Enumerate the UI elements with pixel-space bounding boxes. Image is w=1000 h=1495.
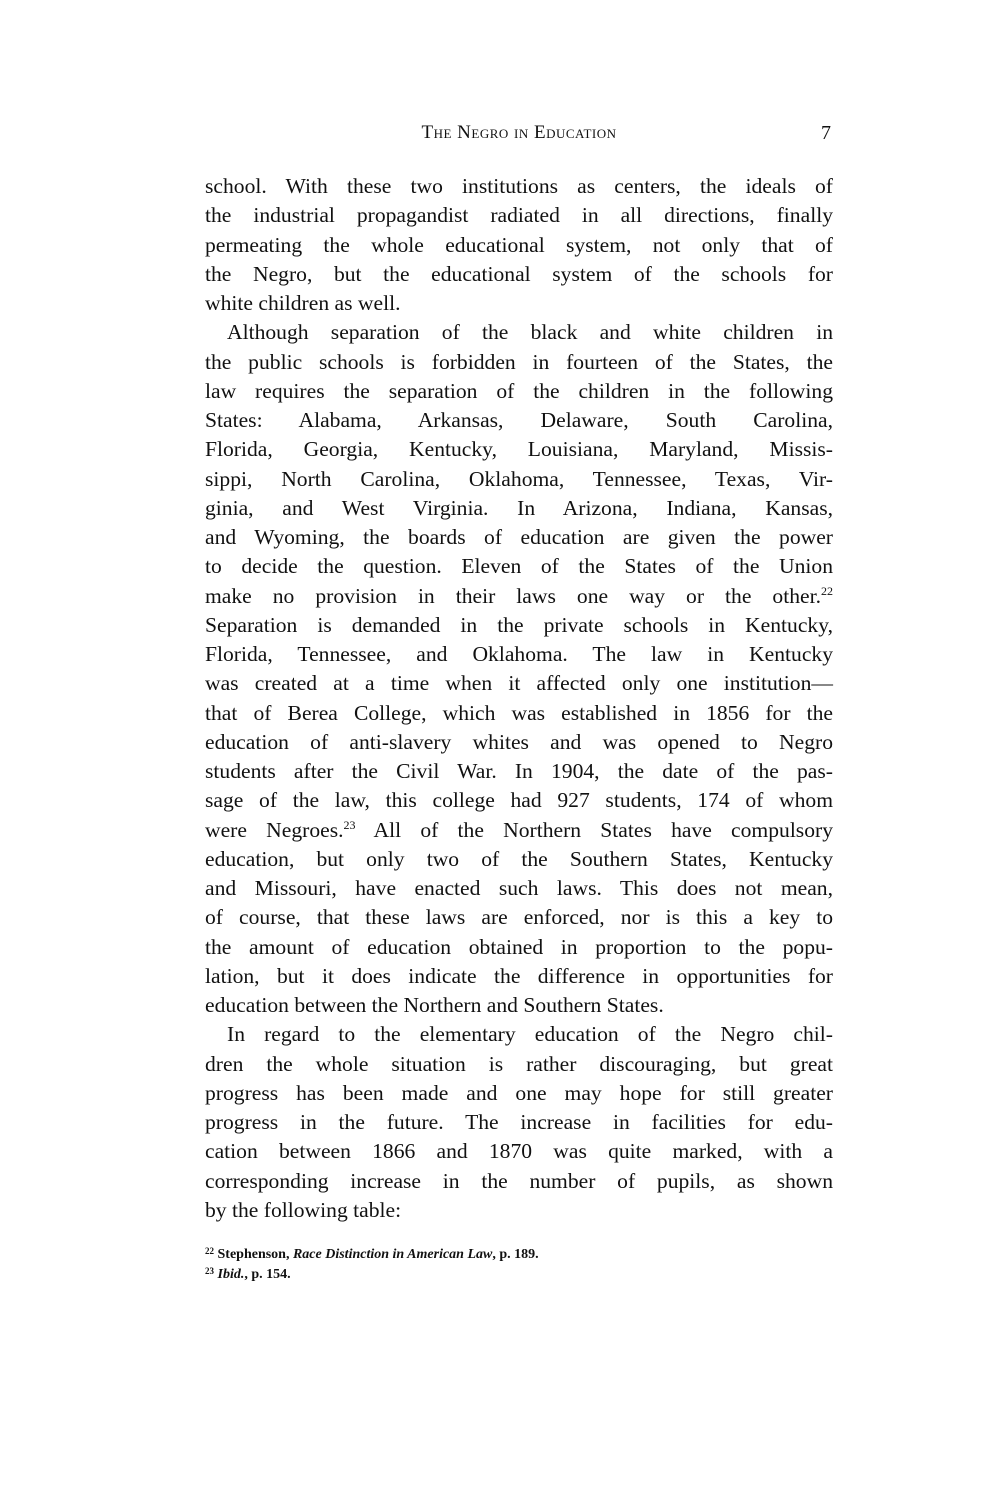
text-line: education between the Northern and South… [205, 991, 833, 1020]
text-line: Florida, Tennessee, and Oklahoma. The la… [205, 640, 833, 669]
text-line: Although separation of the black and whi… [205, 318, 833, 347]
footnote-number: 23 [205, 1266, 214, 1276]
text-line: students after the Civil War. In 1904, t… [205, 757, 833, 786]
text-fragment: were Negroes. [205, 818, 344, 842]
text-line: Florida, Georgia, Kentucky, Louisiana, M… [205, 435, 833, 464]
footnote-author: Stephenson, [218, 1247, 293, 1262]
text-line: progress in the future. The increase in … [205, 1108, 833, 1137]
text-line: school. With these two institutions as c… [205, 172, 833, 201]
text-line: was created at a time when it affected o… [205, 669, 833, 698]
text-line: States: Alabama, Arkansas, Delaware, Sou… [205, 406, 833, 435]
text-line: ginia, and West Virginia. In Arizona, In… [205, 494, 833, 523]
paragraph-1: school. With these two institutions as c… [205, 172, 833, 318]
footnote-ref-23[interactable]: 23 [344, 818, 356, 832]
book-page: The Negro in Education 7 school. With th… [205, 122, 833, 1285]
text-line: Separation is demanded in the private sc… [205, 611, 833, 640]
footnote-22: 22 Stephenson, Race Distinction in Ameri… [205, 1245, 833, 1265]
text-line: and Wyoming, the boards of education are… [205, 523, 833, 552]
body-text: school. With these two institutions as c… [205, 172, 833, 1225]
footnote-title: Race Distinction in American Law [293, 1247, 492, 1262]
text-line: of course, that these laws are enforced,… [205, 903, 833, 932]
text-line: education of anti-slavery whites and was… [205, 728, 833, 757]
text-line: were Negroes.23 All of the Northern Stat… [205, 816, 833, 845]
text-line: and Missouri, have enacted such laws. Th… [205, 874, 833, 903]
text-line: cation between 1866 and 1870 was quite m… [205, 1137, 833, 1166]
footnote-23: 23 Ibid., p. 154. [205, 1265, 833, 1285]
text-line: that of Berea College, which was establi… [205, 699, 833, 728]
text-fragment: All of the Northern States have compulso… [356, 818, 834, 842]
text-line: the industrial propagandist radiated in … [205, 201, 833, 230]
text-line: the amount of education obtained in prop… [205, 933, 833, 962]
footnote-number: 22 [205, 1246, 214, 1256]
text-line: law requires the separation of the child… [205, 377, 833, 406]
text-line: progress has been made and one may hope … [205, 1079, 833, 1108]
text-line: dren the whole situation is rather disco… [205, 1050, 833, 1079]
running-head: The Negro in Education [205, 122, 833, 144]
footnote-page: , p. 154. [244, 1267, 290, 1282]
text-line: white children as well. [205, 289, 833, 318]
footnote-page: , p. 189. [492, 1247, 538, 1262]
text-line: lation, but it does indicate the differe… [205, 962, 833, 991]
footnote-ref-22[interactable]: 22 [821, 584, 833, 598]
paragraph-2: Although separation of the black and whi… [205, 318, 833, 1020]
text-line: the Negro, but the educational system of… [205, 260, 833, 289]
text-line: by the following table: [205, 1196, 833, 1225]
text-line: In regard to the elementary education of… [205, 1020, 833, 1049]
paragraph-3: In regard to the elementary education of… [205, 1020, 833, 1225]
text-line: permeating the whole educational system,… [205, 231, 833, 260]
text-line: to decide the question. Eleven of the St… [205, 552, 833, 581]
footnotes: 22 Stephenson, Race Distinction in Ameri… [205, 1245, 833, 1285]
footnote-title: Ibid. [218, 1267, 245, 1282]
text-line: make no provision in their laws one way … [205, 582, 833, 611]
text-line: corresponding increase in the number of … [205, 1167, 833, 1196]
text-fragment: make no provision in their laws one way … [205, 584, 821, 608]
text-line: the public schools is forbidden in fourt… [205, 348, 833, 377]
text-line: sage of the law, this college had 927 st… [205, 786, 833, 815]
text-line: education, but only two of the Southern … [205, 845, 833, 874]
text-line: sippi, North Carolina, Oklahoma, Tenness… [205, 465, 833, 494]
page-header: The Negro in Education 7 [205, 122, 833, 158]
page-number: 7 [821, 122, 831, 145]
